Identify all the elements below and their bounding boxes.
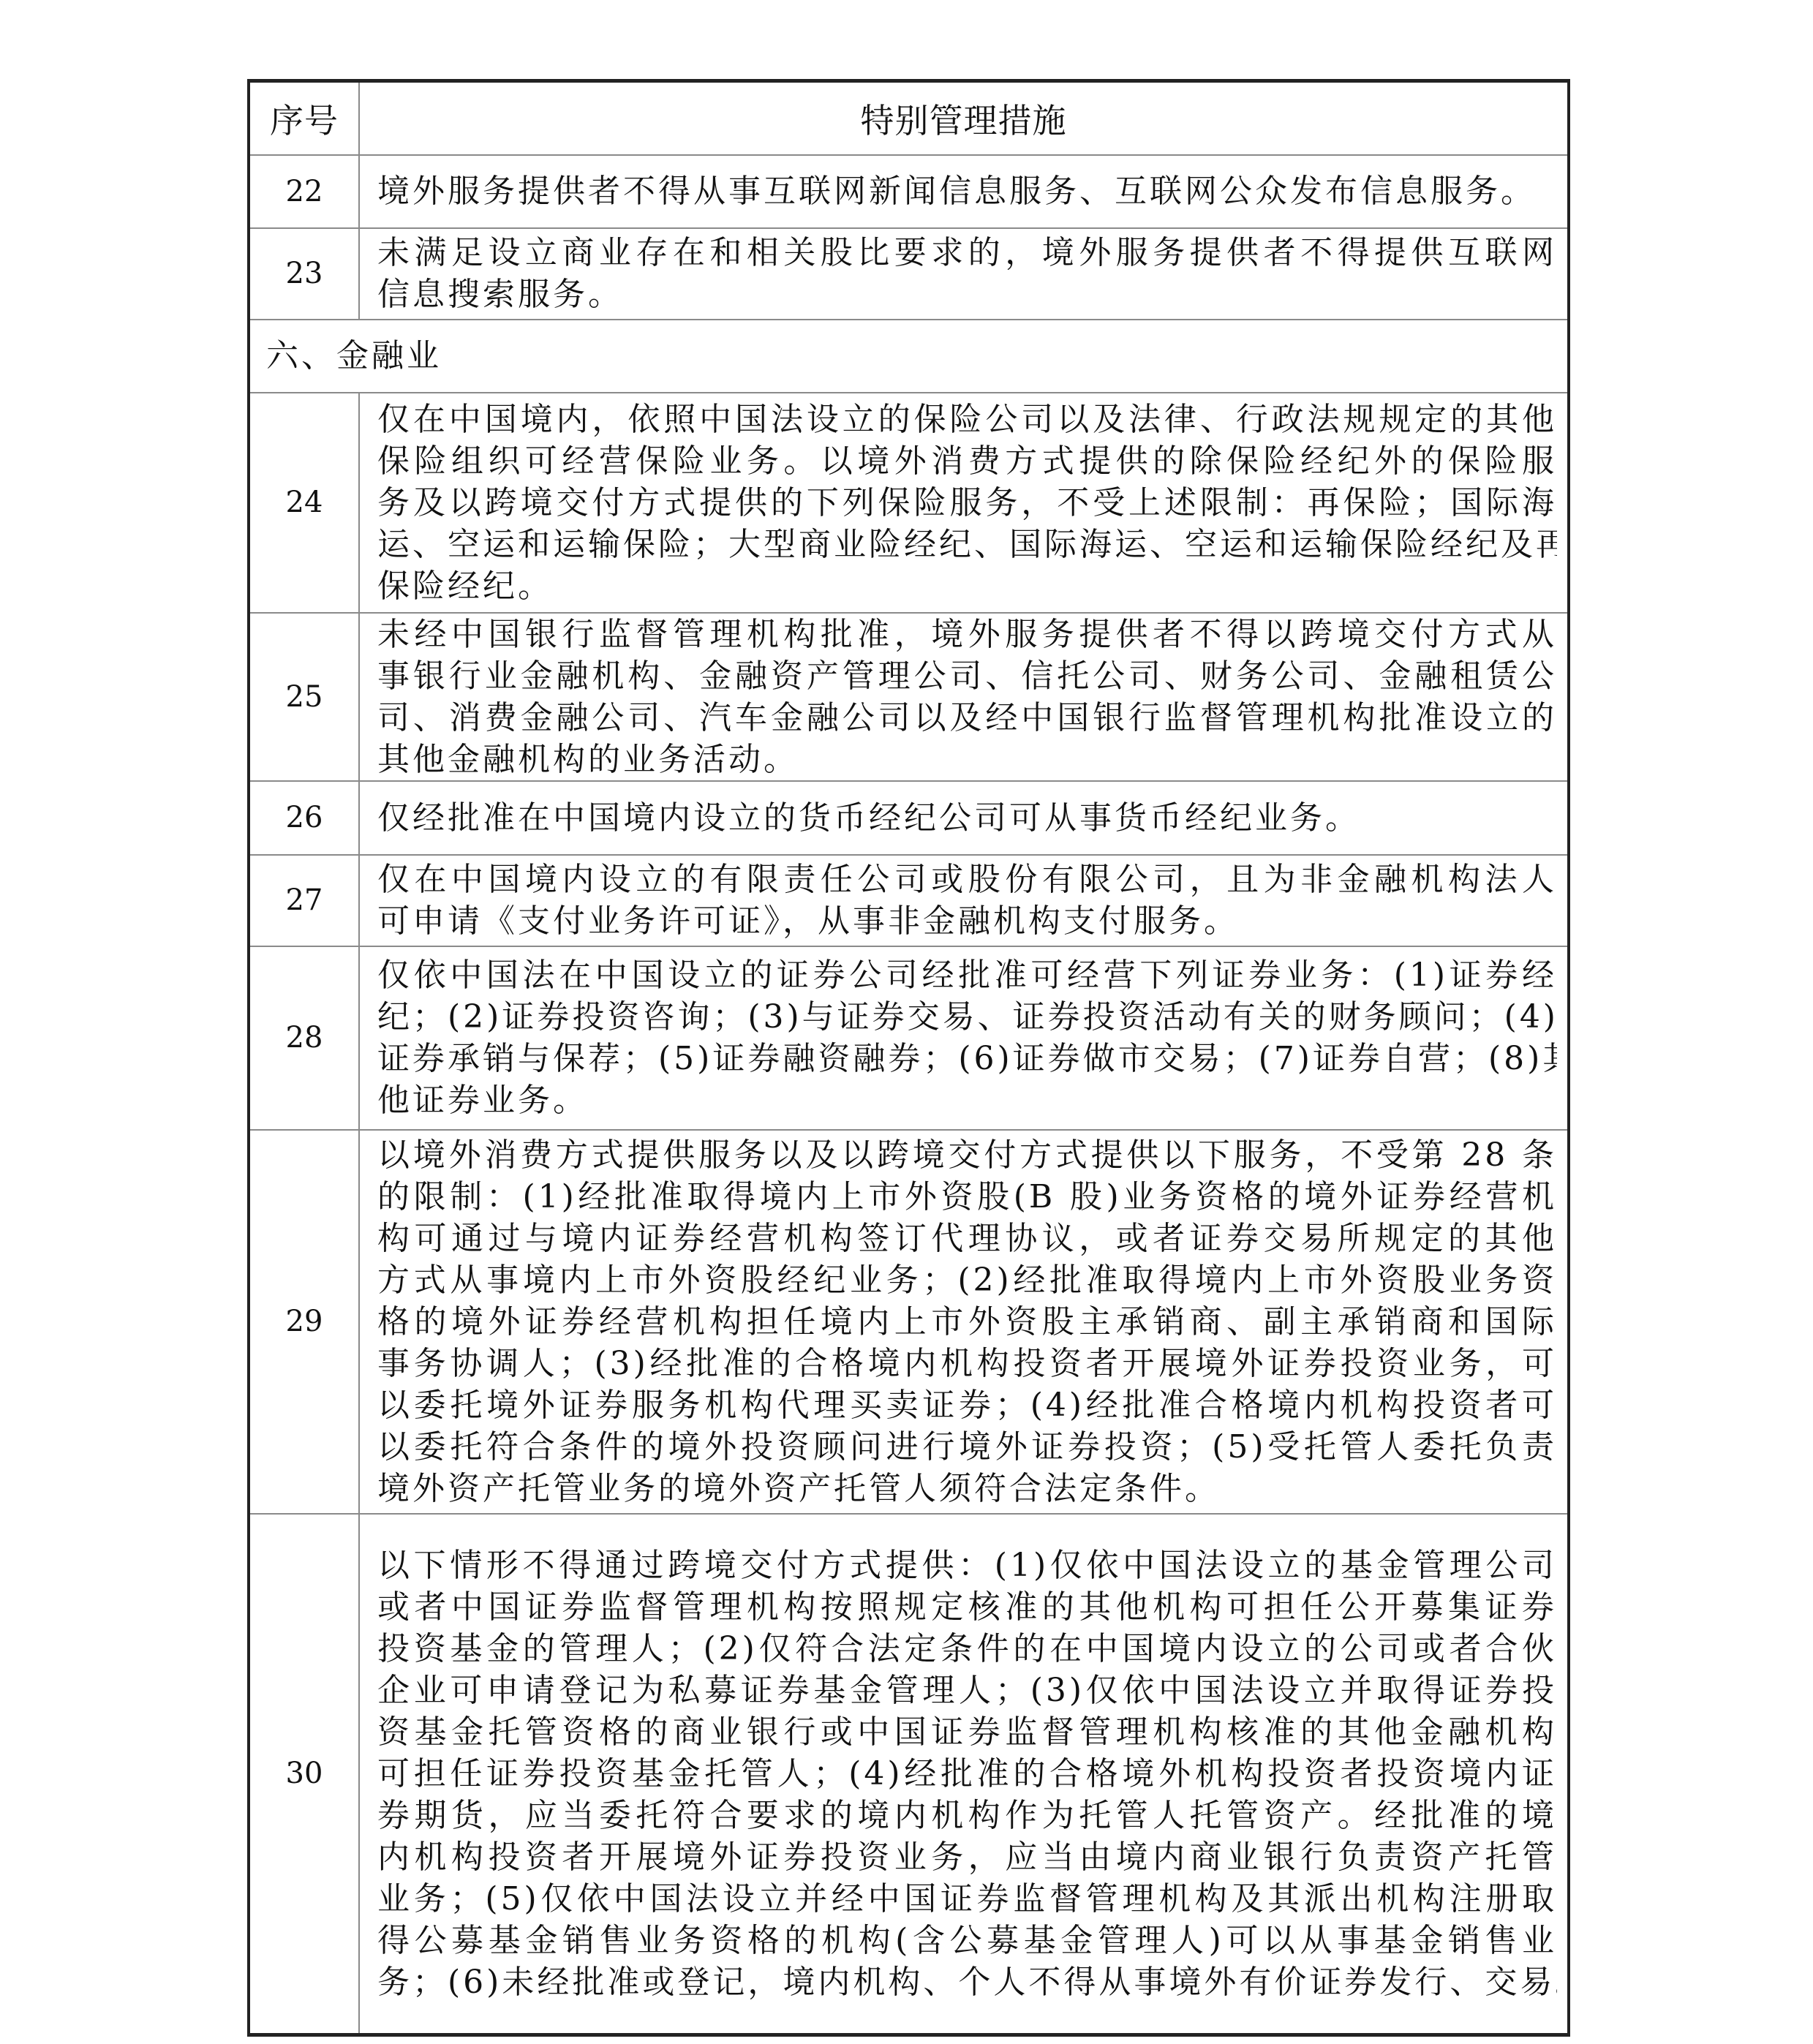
measure-line: 事务协调人；(3)经批准的合格境内机构投资者开展境外证券投资业务，可 [377, 1343, 1557, 1384]
measure-line: 务及以跨境交付方式提供的下列保险服务，不受上述限制：再保险；国际海 [377, 482, 1557, 524]
table-row: 25 未经中国银行监督管理机构批准，境外服务提供者不得以跨境交付方式从 事银行业… [249, 613, 1569, 781]
measure-text: 仅在中国境内设立的有限责任公司或股份有限公司，且为非金融机构法人 可申请《支付业… [359, 855, 1569, 946]
row-number: 25 [249, 613, 359, 781]
measure-line: 纪；(2)证券投资咨询；(3)与证券交易、证券投资活动有关的财务顾问；(4) [377, 996, 1557, 1038]
measure-line: 运、空运和运输保险；大型商业险经纪、国际海运、空运和运输保险经纪及再 [377, 524, 1557, 565]
measure-line: 信息搜索服务。 [377, 274, 1557, 315]
row-number: 26 [249, 781, 359, 855]
measure-line: 其他金融机构的业务活动。 [377, 739, 1557, 780]
measure-line: 仅在中国境内设立的有限责任公司或股份有限公司，且为非金融机构法人 [377, 859, 1557, 900]
measure-text: 以下情形不得通过跨境交付方式提供：(1)仅依中国法设立的基金管理公司 或者中国证… [359, 1514, 1569, 2035]
row-number: 30 [249, 1514, 359, 2035]
measure-line: 仅经批准在中国境内设立的货币经纪公司可从事货币经纪业务。 [377, 797, 1557, 839]
measure-line: 以委托境外证券服务机构代理买卖证券；(4)经批准合格境内机构投资者可 [377, 1384, 1557, 1426]
table-row: 23 未满足设立商业存在和相关股比要求的，境外服务提供者不得提供互联网 信息搜索… [249, 228, 1569, 320]
measure-line: 仅依中国法在中国设立的证券公司经批准可经营下列证券业务：(1)证券经 [377, 954, 1557, 996]
row-number: 23 [249, 228, 359, 320]
measure-line: 仅在中国境内，依照中国法设立的保险公司以及法律、行政法规规定的其他 [377, 399, 1557, 440]
measure-line: 以境外消费方式提供服务以及以跨境交付方式提供以下服务，不受第 28 条 [377, 1134, 1557, 1176]
measure-line: 以委托符合条件的境外投资顾问进行境外证券投资；(5)受托管人委托负责 [377, 1426, 1557, 1468]
header-serial-number: 序号 [249, 81, 359, 155]
measure-text: 以境外消费方式提供服务以及以跨境交付方式提供以下服务，不受第 28 条 的限制：… [359, 1130, 1569, 1514]
table-row: 24 仅在中国境内，依照中国法设立的保险公司以及法律、行政法规规定的其他 保险组… [249, 393, 1569, 613]
measure-line: 务；(6)未经批准或登记，境内机构、个人不得从事境外有价证券发行、交易。 [377, 1961, 1557, 2003]
measure-line: 方式从事境内上市外资股经纪业务；(2)经批准取得境内上市外资股业务资 [377, 1259, 1557, 1301]
measure-line: 或者中国证券监督管理机构按照规定核准的其他机构可担任公开募集证券 [377, 1586, 1557, 1628]
measure-text: 未经中国银行监督管理机构批准，境外服务提供者不得以跨境交付方式从 事银行业金融机… [359, 613, 1569, 781]
measure-line: 他证券业务。 [377, 1079, 1557, 1121]
table-row: 27 仅在中国境内设立的有限责任公司或股份有限公司，且为非金融机构法人 可申请《… [249, 855, 1569, 946]
table-row: 28 仅依中国法在中国设立的证券公司经批准可经营下列证券业务：(1)证券经 纪；… [249, 946, 1569, 1130]
row-number: 27 [249, 855, 359, 946]
measure-line: 保险经纪。 [377, 565, 1557, 607]
table-header-row: 序号 特别管理措施 [249, 81, 1569, 155]
table-row: 22 境外服务提供者不得从事互联网新闻信息服务、互联网公众发布信息服务。 [249, 155, 1569, 228]
table-row: 26 仅经批准在中国境内设立的货币经纪公司可从事货币经纪业务。 [249, 781, 1569, 855]
measure-line: 内机构投资者开展境外证券投资业务，应当由境内商业银行负责资产托管 [377, 1836, 1557, 1878]
measure-line: 保险组织可经营保险业务。以境外消费方式提供的除保险经纪外的保险服 [377, 440, 1557, 482]
measure-line: 企业可申请登记为私募证券基金管理人；(3)仅依中国法设立并取得证券投 [377, 1670, 1557, 1711]
document-page: 序号 特别管理措施 22 境外服务提供者不得从事互联网新闻信息服务、互联网公众发… [0, 0, 1813, 2044]
measure-line: 证券承销与保荐；(5)证券融资融券；(6)证券做市交易；(7)证券自营；(8)其 [377, 1038, 1557, 1079]
measure-line: 得公募基金销售业务资格的机构(含公募基金管理人)可以从事基金销售业 [377, 1920, 1557, 1961]
measure-text: 未满足设立商业存在和相关股比要求的，境外服务提供者不得提供互联网 信息搜索服务。 [359, 228, 1569, 320]
measure-text: 仅在中国境内，依照中国法设立的保险公司以及法律、行政法规规定的其他 保险组织可经… [359, 393, 1569, 613]
measure-line: 未满足设立商业存在和相关股比要求的，境外服务提供者不得提供互联网 [377, 232, 1557, 274]
measure-line: 业务；(5)仅依中国法设立并经中国证券监督管理机构及其派出机构注册取 [377, 1878, 1557, 1920]
measure-line: 资基金托管资格的商业银行或中国证券监督管理机构核准的其他金融机构 [377, 1711, 1557, 1753]
measure-text: 境外服务提供者不得从事互联网新闻信息服务、互联网公众发布信息服务。 [359, 155, 1569, 228]
row-number: 22 [249, 155, 359, 228]
measure-line: 境外服务提供者不得从事互联网新闻信息服务、互联网公众发布信息服务。 [377, 170, 1557, 212]
measure-text: 仅依中国法在中国设立的证券公司经批准可经营下列证券业务：(1)证券经 纪；(2)… [359, 946, 1569, 1130]
measure-line: 可申请《支付业务许可证》，从事非金融机构支付服务。 [377, 900, 1557, 942]
measure-line: 的限制：(1)经批准取得境内上市外资股(B 股)业务资格的境外证券经营机 [377, 1176, 1557, 1218]
section-header-row: 六、金融业 [249, 320, 1569, 393]
measure-line: 可担任证券投资基金托管人；(4)经批准的合格境外机构投资者投资境内证 [377, 1753, 1557, 1795]
measure-line: 境外资产托管业务的境外资产托管人须符合法定条件。 [377, 1468, 1557, 1509]
row-number: 29 [249, 1130, 359, 1514]
measure-line: 司、消费金融公司、汽车金融公司以及经中国银行监督管理机构批准设立的 [377, 697, 1557, 739]
table-row: 29 以境外消费方式提供服务以及以跨境交付方式提供以下服务，不受第 28 条 的… [249, 1130, 1569, 1514]
measure-line: 以下情形不得通过跨境交付方式提供：(1)仅依中国法设立的基金管理公司 [377, 1545, 1557, 1586]
measure-line: 格的境外证券经营机构担任境内上市外资股主承销商、副主承销商和国际 [377, 1301, 1557, 1343]
header-special-measures: 特别管理措施 [359, 81, 1569, 155]
table-row: 30 以下情形不得通过跨境交付方式提供：(1)仅依中国法设立的基金管理公司 或者… [249, 1514, 1569, 2035]
special-measures-table: 序号 特别管理措施 22 境外服务提供者不得从事互联网新闻信息服务、互联网公众发… [247, 79, 1570, 2037]
measure-line: 券期货，应当委托符合要求的境内机构作为托管人托管资产。经批准的境 [377, 1795, 1557, 1836]
measure-line: 构可通过与境内证券经营机构签订代理协议，或者证券交易所规定的其他 [377, 1218, 1557, 1259]
measure-text: 仅经批准在中国境内设立的货币经纪公司可从事货币经纪业务。 [359, 781, 1569, 855]
measure-line: 未经中国银行监督管理机构批准，境外服务提供者不得以跨境交付方式从 [377, 614, 1557, 655]
measure-line: 事银行业金融机构、金融资产管理公司、信托公司、财务公司、金融租赁公 [377, 655, 1557, 697]
row-number: 24 [249, 393, 359, 613]
row-number: 28 [249, 946, 359, 1130]
section-label: 六、金融业 [249, 320, 1569, 393]
measure-line: 投资基金的管理人；(2)仅符合法定条件的在中国境内设立的公司或者合伙 [377, 1628, 1557, 1670]
